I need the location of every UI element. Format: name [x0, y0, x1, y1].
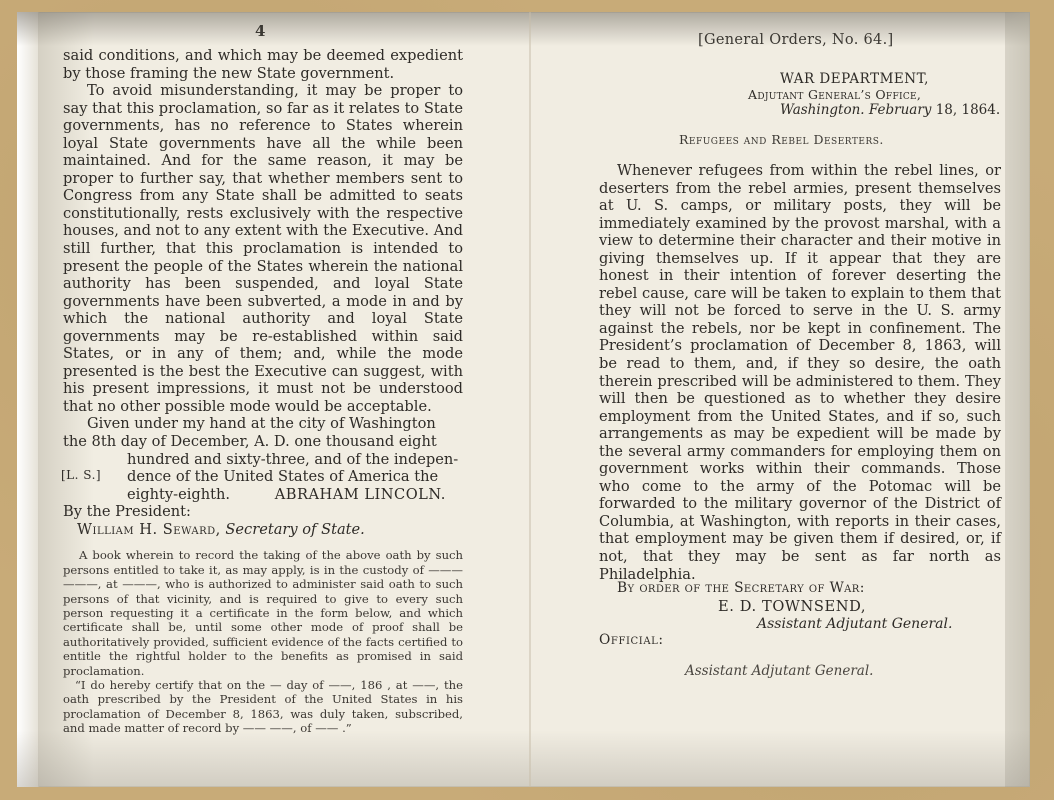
by-the-president: By the President:: [63, 503, 463, 521]
general-orders-header: [General Orders, No. 64.]: [698, 32, 893, 48]
paragraph-misunderstanding: To avoid misunderstanding, it may be pro…: [63, 82, 463, 415]
by-order-line: By order of the Secretary of War:: [617, 580, 865, 596]
dateline-place: Washington.: [780, 102, 865, 118]
given-year: eighty-eighth.: [127, 486, 230, 503]
given-line-4: dence of the United States of America th…: [63, 468, 463, 486]
small-print-notice: A book wherein to record the taking of t…: [63, 548, 463, 735]
frame-shadow-bottom: [17, 730, 1030, 787]
official-label: Official:: [599, 632, 664, 648]
left-page-text: said conditions, and which may be deemed…: [63, 47, 463, 736]
dateline: Washington. February 18, 1864.: [780, 102, 1000, 118]
given-line-1: Given under my hand at the city of Washi…: [63, 415, 463, 433]
dateline-month: February: [869, 102, 932, 118]
given-line-2: the 8th day of December, A. D. one thous…: [63, 433, 463, 451]
right-page-text: Whenever refugees from within the rebel …: [599, 162, 1001, 583]
seward-signature: William H. Seward, Secretary of State.: [63, 521, 463, 539]
lincoln-signature: ABRAHAM LINCOLN.: [275, 486, 446, 503]
given-under-hand-block: Given under my hand at the city of Washi…: [63, 415, 463, 503]
seward-name: William H. Seward,: [77, 521, 221, 538]
signatory-title: Assistant Adjutant General.: [757, 616, 952, 632]
oath-book-paragraph: A book wherein to record the taking of t…: [63, 548, 463, 678]
seward-title: Secretary of State.: [225, 521, 364, 538]
war-department-heading: WAR DEPARTMENT,: [780, 71, 929, 87]
official-title: Assistant Adjutant General.: [685, 663, 873, 679]
page-number: 4: [255, 22, 265, 40]
given-line-3: hundred and sixty-three, and of the inde…: [63, 451, 463, 469]
page-fold: [529, 12, 531, 787]
adjutant-office-heading: Adjutant General’s Office,: [748, 87, 921, 102]
seal-mark: [L. S.]: [61, 467, 101, 485]
certificate-text: “I do hereby certify that on the — day o…: [63, 678, 463, 736]
dateline-day-year: 18, 1864.: [936, 102, 1000, 118]
order-body: Whenever refugees from within the rebel …: [599, 162, 1001, 583]
townsend-signature: E. D. TOWNSEND,: [718, 598, 866, 615]
paragraph-continuation: said conditions, and which may be deemed…: [63, 47, 463, 82]
glass-edge-left: [17, 12, 39, 787]
glass-edge-right: [1005, 12, 1030, 787]
order-subject: Refugees and Rebel Deserters.: [679, 132, 884, 147]
given-line-5: eighty-eighth. ABRAHAM LINCOLN.: [63, 486, 463, 504]
